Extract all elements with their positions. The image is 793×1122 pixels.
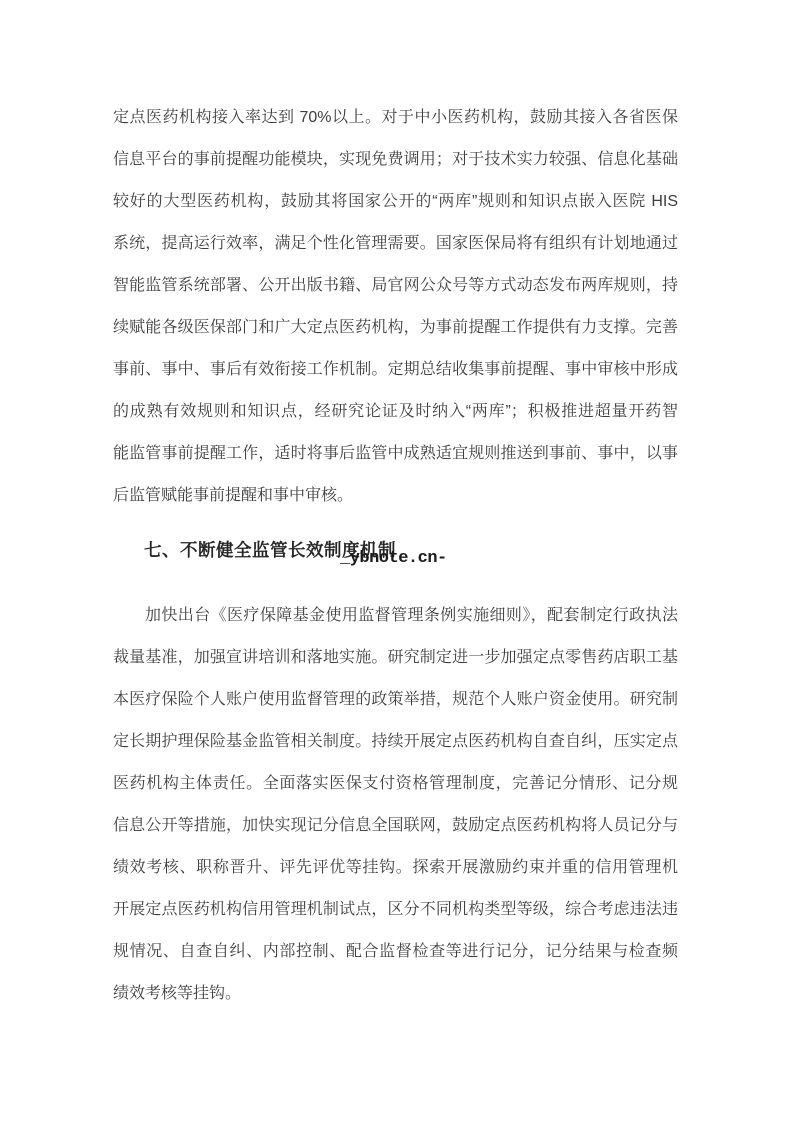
text-line: 能监管事前提醒工作，适时将事后监管中成熟适宜规则推送到事前、事中，以事 bbox=[113, 433, 678, 475]
paragraph-after-heading: 加快出台《医疗保障基金使用监督管理条例实施细则》，配套制定行政执法裁量基准，加强… bbox=[113, 595, 678, 1015]
text-line: 定点医药机构接入率达到 70%以上。对于中小医药机构，鼓励其接入各省医保 bbox=[113, 97, 678, 139]
text-line: 较好的大型医药机构，鼓励其将国家公开的“两库”规则和知识点嵌入医院 HIS bbox=[113, 181, 678, 223]
section-heading-row: 七、不断健全监管长效制度机制 _ybnote.cn- bbox=[113, 529, 678, 571]
text-line: 医药机构主体责任。全面落实医保支付资格管理制度，完善记分情形、记分规则、 bbox=[113, 763, 678, 805]
text-line: 加快出台《医疗保障基金使用监督管理条例实施细则》，配套制定行政执法 bbox=[113, 595, 678, 637]
text-line: 裁量基准，加强宣讲培训和落地实施。研究制定进一步加强定点零售药店职工基 bbox=[113, 637, 678, 679]
text-line: 定长期护理保险基金监管相关制度。持续开展定点医药机构自查自纠，压实定点 bbox=[113, 721, 678, 763]
text-line: 续赋能各级医保部门和广大定点医药机构，为事前提醒工作提供有力支撑。完善 bbox=[113, 307, 678, 349]
document-content: 定点医药机构接入率达到 70%以上。对于中小医药机构，鼓励其接入各省医保信息平台… bbox=[113, 97, 678, 1015]
text-line: 系统，提高运行效率，满足个性化管理需要。国家医保局将有组织有计划地通过 bbox=[113, 223, 678, 265]
text-line: 规情况、自查自纠、内部控制、配合监督检查等进行记分，记分结果与检查频次、 bbox=[113, 931, 678, 973]
text-line: 绩效考核等挂钩。 bbox=[113, 973, 678, 1015]
text-line: 的成熟有效规则和知识点，经研究论证及时纳入“两库”；积极推进超量开药智 bbox=[113, 391, 678, 433]
text-line: 后监管赋能事前提醒和事中审核。 bbox=[113, 475, 678, 517]
text-line: 信息公开等措施，加快实现记分信息全国联网，鼓励定点医药机构将人员记分与 bbox=[113, 805, 678, 847]
watermark-ybnote: _ybnote.cn- bbox=[340, 549, 447, 568]
text-line: 开展定点医药机构信用管理机制试点，区分不同机构类型等级，综合考虑违法违 bbox=[113, 889, 678, 931]
text-line: 本医疗保险个人账户使用监督管理的政策举措，规范个人账户资金使用。研究制 bbox=[113, 679, 678, 721]
text-line: 智能监管系统部署、公开出版书籍、局官网公众号等方式动态发布两库规则，持 bbox=[113, 265, 678, 307]
text-line: 事前、事中、事后有效衔接工作机制。定期总结收集事前提醒、事中审核中形成 bbox=[113, 349, 678, 391]
paragraph-before-heading: 定点医药机构接入率达到 70%以上。对于中小医药机构，鼓励其接入各省医保信息平台… bbox=[113, 97, 678, 517]
text-line: 信息平台的事前提醒功能模块，实现免费调用；对于技术实力较强、信息化基础 bbox=[113, 139, 678, 181]
text-line: 绩效考核、职称晋升、评先评优等挂钩。探索开展激励约束并重的信用管理机制。 bbox=[113, 847, 678, 889]
document-page: 定点医药机构接入率达到 70%以上。对于中小医药机构，鼓励其接入各省医保信息平台… bbox=[0, 0, 793, 1122]
